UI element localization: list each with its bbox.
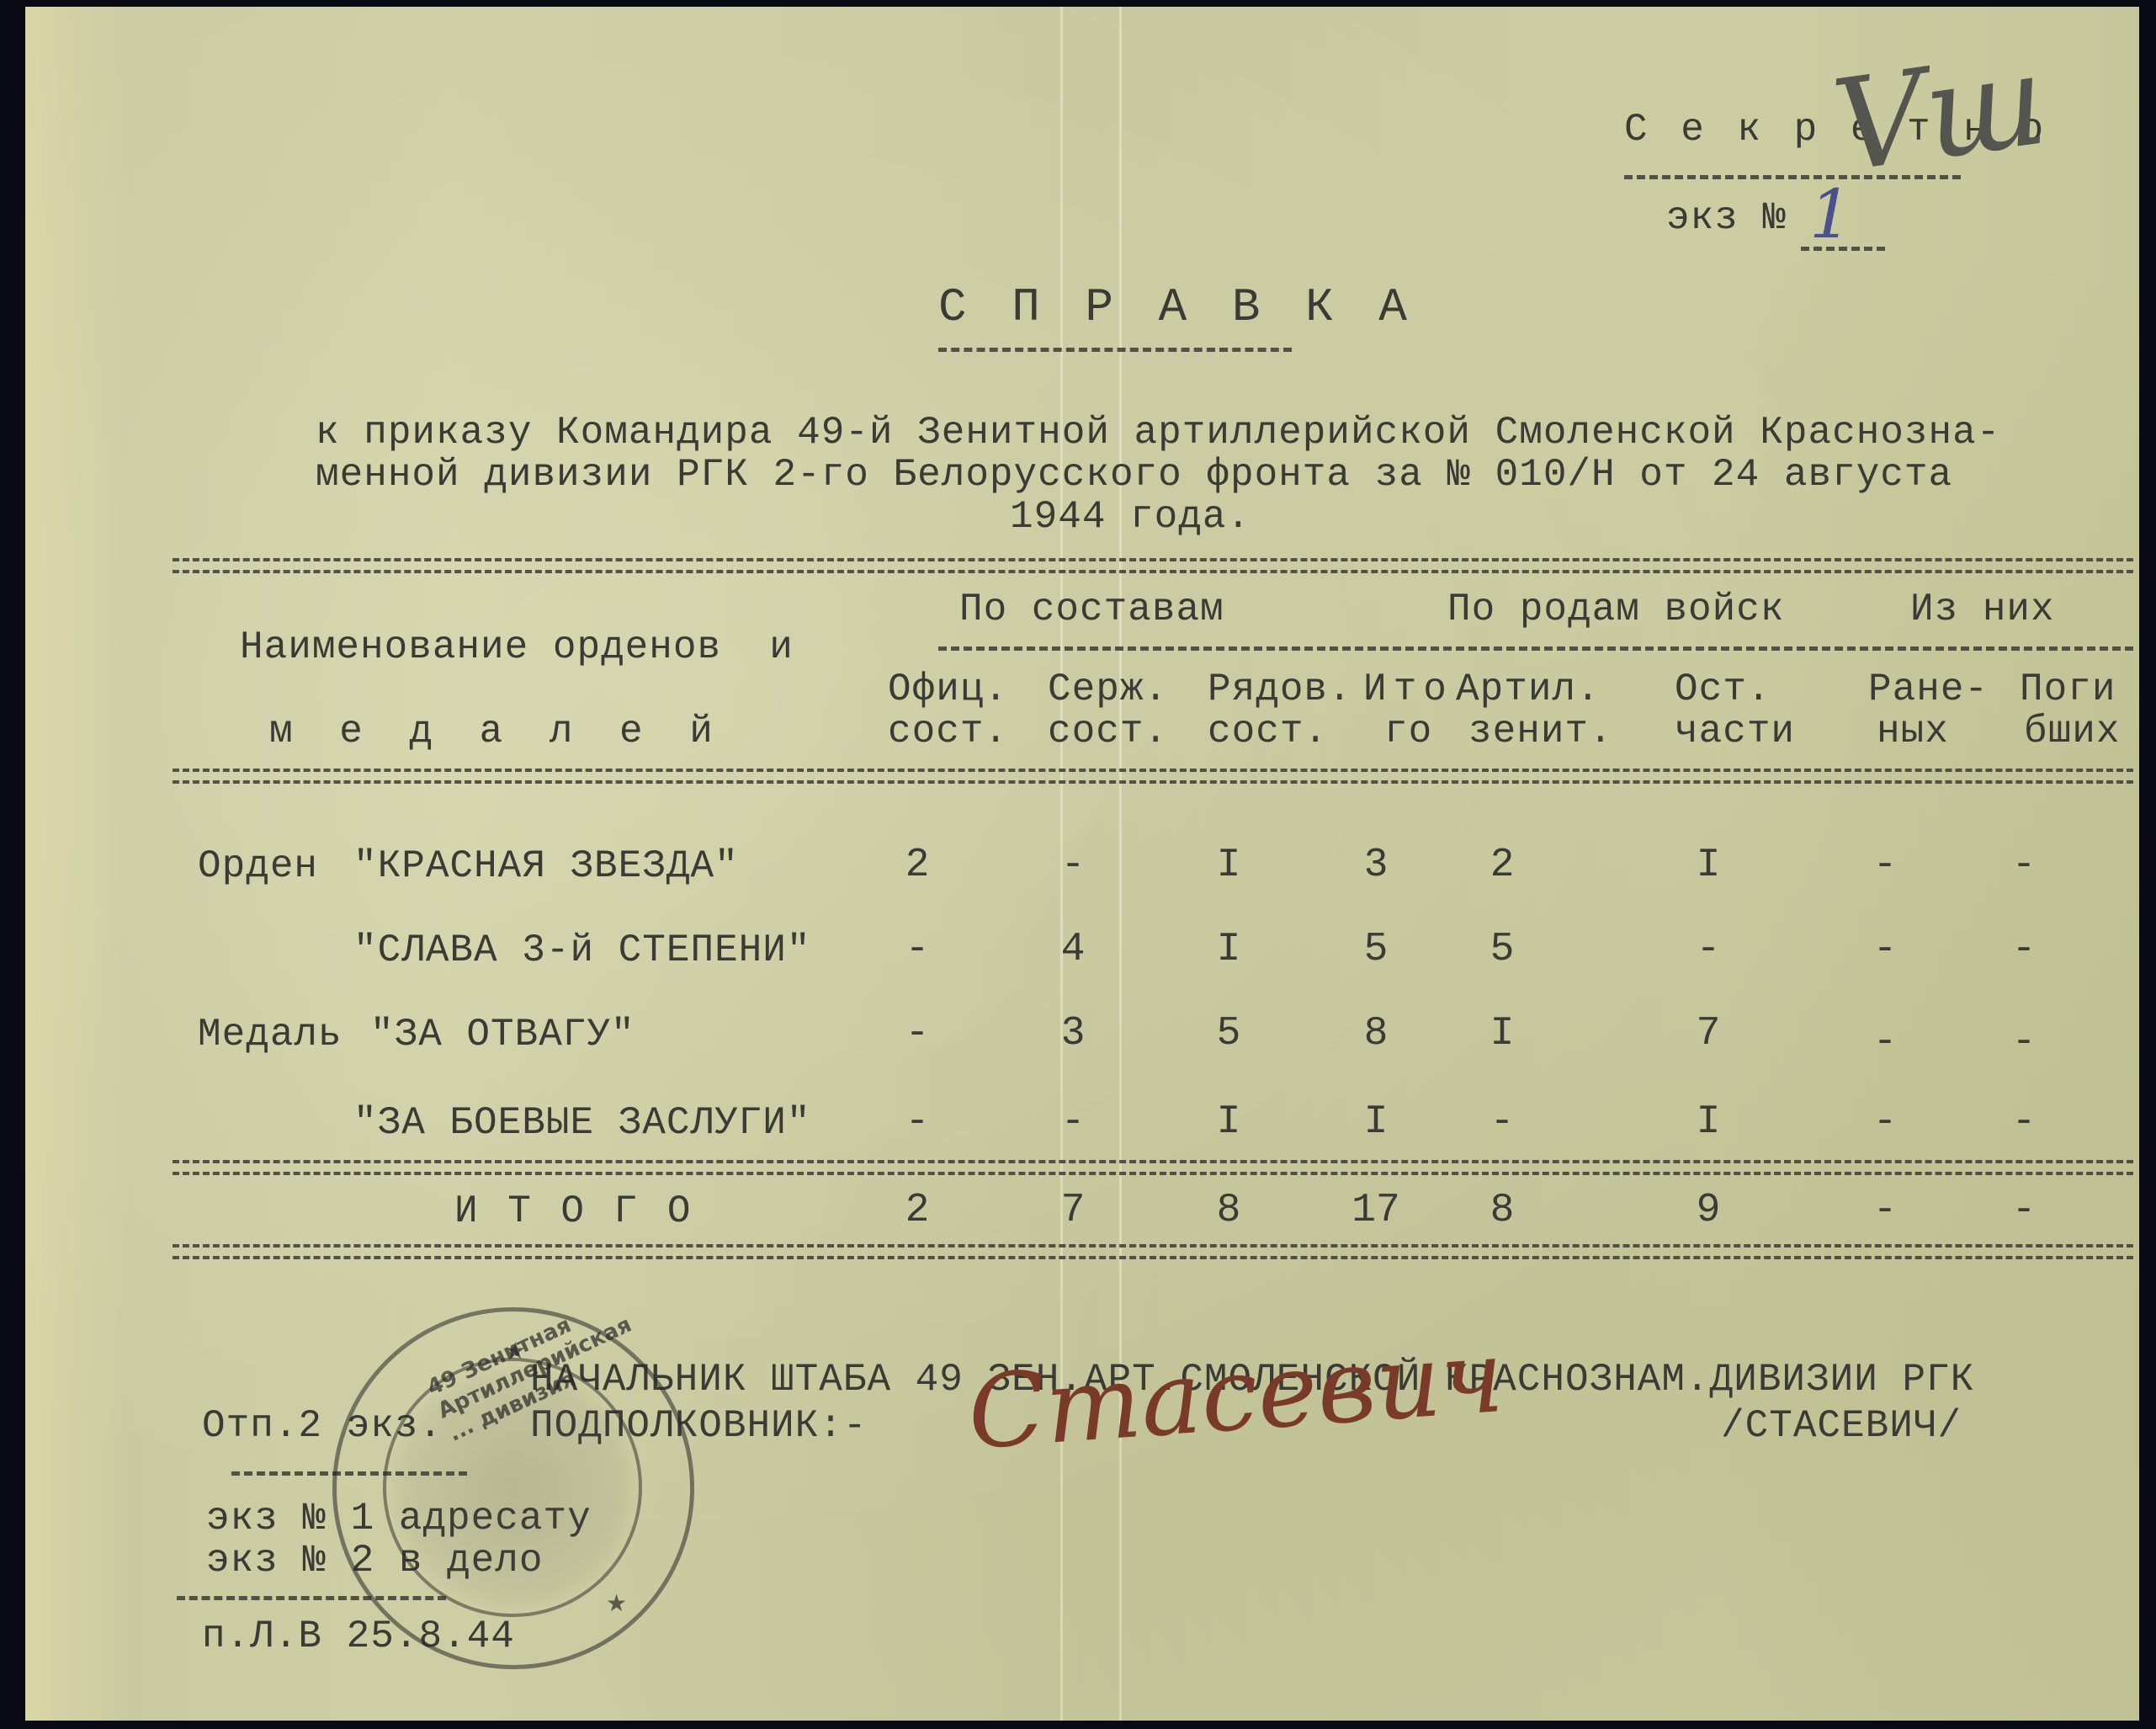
row-name: "СЛАВА 3-й СТЕПЕНИ": [353, 928, 811, 972]
col-artillery-2: зенит.: [1468, 710, 1613, 753]
table-bottom-rule: [173, 1244, 2133, 1259]
col-officers-2: сост.: [888, 710, 1008, 753]
name-header-line1: Наименование орденов и: [240, 625, 794, 669]
cell: I: [1464, 1011, 1540, 1056]
cell: 2: [879, 843, 955, 888]
cell: -: [1847, 1099, 1923, 1145]
cell: 9: [1670, 1188, 1746, 1233]
cell: I: [1191, 843, 1267, 888]
cell: 8: [1464, 1188, 1540, 1233]
row-name: "КРАСНАЯ ЗВЕЗДА": [353, 844, 739, 888]
handwritten-signature: Стасевич: [964, 1318, 1507, 1472]
cell: 4: [1035, 927, 1111, 972]
cell: -: [1464, 1099, 1540, 1145]
cell: -: [879, 927, 955, 972]
cell: -: [1035, 843, 1111, 888]
cell: 3: [1338, 843, 1414, 888]
table-top-rule: [173, 558, 2133, 573]
cell: -: [1986, 1019, 2062, 1065]
cell: -: [1035, 1099, 1111, 1145]
cell: 8: [1191, 1188, 1267, 1233]
cell: -: [879, 1011, 955, 1056]
cell: I: [1670, 843, 1746, 888]
col-total: Ито: [1363, 668, 1453, 711]
cell: 5: [1464, 927, 1540, 972]
cell: 5: [1191, 1011, 1267, 1056]
cell: 5: [1338, 927, 1414, 972]
row-prefix: Орден: [198, 844, 318, 888]
cell: 3: [1035, 1011, 1111, 1056]
cell: -: [1847, 843, 1923, 888]
col-other: Ост.: [1675, 668, 1771, 711]
document-title: С П Р А В К А: [938, 280, 1415, 334]
cell: I: [1191, 927, 1267, 972]
cell: -: [1986, 843, 2062, 888]
row-name: "ЗА ОТВАГУ": [370, 1013, 635, 1056]
cell: -: [1670, 927, 1746, 972]
cell: -: [1847, 1019, 1923, 1065]
cell: -: [1986, 1099, 2062, 1145]
cell: -: [1986, 927, 2062, 972]
cell: I: [1191, 1099, 1267, 1145]
col-privates-2: сост.: [1208, 710, 1328, 753]
cell: 2: [879, 1188, 955, 1233]
official-stamp: 49 Зенитная Артиллерийская ... дивизия ★…: [332, 1307, 694, 1669]
cell: 7: [1670, 1011, 1746, 1056]
col-killed: Поги: [2020, 668, 2116, 711]
copy-number: 1: [1809, 175, 1852, 253]
title-underline: [938, 348, 1292, 352]
total-label: И Т О Г О: [454, 1189, 693, 1233]
group-header-composition: По составам: [959, 588, 1224, 631]
copy-label: экз №: [1666, 196, 1787, 240]
cell: -: [879, 1099, 955, 1145]
col-other-2: части: [1675, 710, 1795, 753]
group-header-branches: По родам войск: [1447, 588, 1784, 631]
copy-number-underline: [1801, 247, 1885, 251]
col-wounded-2: ных: [1877, 710, 1949, 753]
subtitle-line-2: менной дивизии РГК 2-го Белорусского фро…: [316, 453, 1952, 497]
cell: -: [1986, 1188, 2062, 1233]
document-page: С е к р е т н о Vш экз № 1 С П Р А В К А…: [25, 7, 2139, 1721]
name-header-line2: м е д а л е й: [269, 710, 725, 753]
col-privates: Рядов.: [1208, 668, 1352, 711]
handwritten-mark: Vш: [1825, 26, 2054, 200]
group-header-of-them: Из них: [1910, 588, 2055, 631]
subtitle-line-1: к приказу Командира 49-й Зенитной артилл…: [316, 411, 2000, 455]
cell: 8: [1338, 1011, 1414, 1056]
row-name: "ЗА БОЕВЫЕ ЗАСЛУГИ": [353, 1101, 811, 1145]
col-wounded: Ране-: [1868, 668, 1989, 711]
cell: I: [1670, 1099, 1746, 1145]
group-header-rule: [938, 646, 2133, 651]
paper-fold: [1119, 7, 1122, 1721]
cell: -: [1847, 1188, 1923, 1233]
star-icon: ★: [505, 1337, 526, 1365]
cell: -: [1847, 927, 1923, 972]
header-bottom-rule: [173, 769, 2133, 784]
row-prefix: Медаль: [198, 1013, 343, 1056]
subtitle-line-3: 1944 года.: [1010, 495, 1251, 539]
col-artillery: Артил.: [1456, 668, 1601, 711]
star-icon: ★: [606, 1589, 627, 1617]
col-killed-2: бших: [2024, 710, 2120, 753]
col-officers: Офиц.: [888, 668, 1008, 711]
col-sergeants: Серж.: [1048, 668, 1168, 711]
cell: 2: [1464, 843, 1540, 888]
cell: 7: [1035, 1188, 1111, 1233]
total-top-rule: [173, 1160, 2133, 1175]
col-total-2: го: [1384, 710, 1432, 753]
signatory-name: /СТАСЕВИЧ/: [1721, 1404, 1962, 1448]
cell: I: [1338, 1099, 1414, 1145]
col-sergeants-2: сост.: [1048, 710, 1168, 753]
cell: 17: [1338, 1188, 1414, 1233]
